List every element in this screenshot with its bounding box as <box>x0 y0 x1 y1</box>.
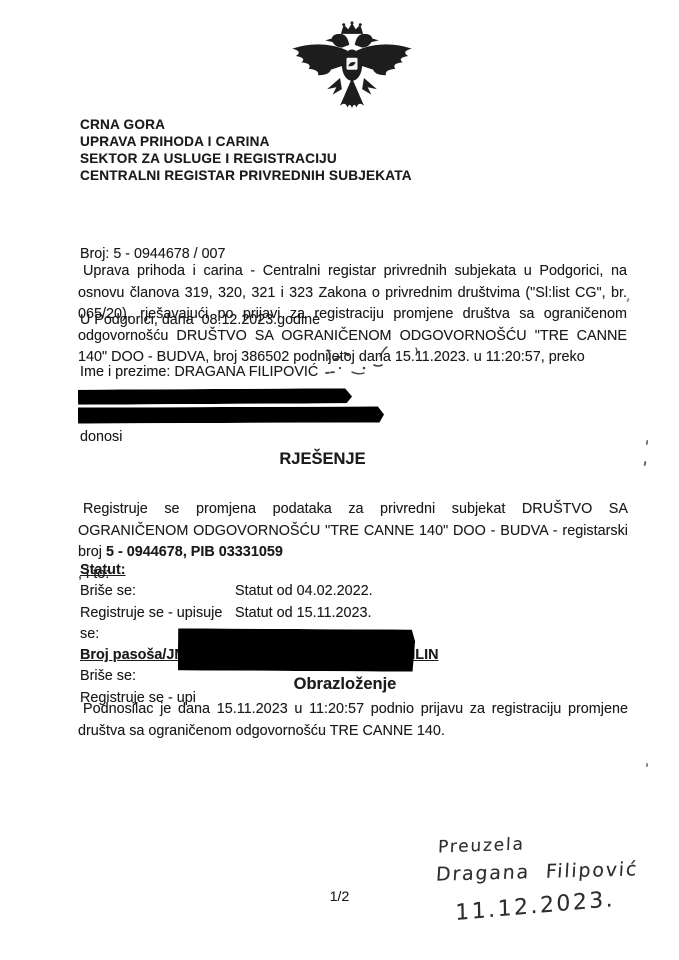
letterhead-line-registry: CENTRALNI REGISTAR PRIVREDNIH SUBJEKATA <box>80 167 412 184</box>
redaction-bar <box>78 388 352 404</box>
letterhead: CRNA GORA UPRAVA PRIHODA I CARINA SEKTOR… <box>80 116 412 184</box>
registration-number-bold: 5 - 0944678, PIB 03331059 <box>106 544 283 560</box>
delete-value: Statut od 04.02.2022. <box>235 581 373 602</box>
obrazlozenje-paragraph: Podnosilac je dana 15.11.2023 u 11:20:57… <box>78 699 628 742</box>
letterhead-line-sector: SEKTOR ZA USLUGE I REGISTRACIJU <box>80 150 412 167</box>
redaction-block <box>178 628 415 671</box>
letterhead-line-authority: UPRAVA PRIHODA I CARINA <box>80 133 412 150</box>
scan-speck <box>646 440 649 445</box>
submitter-name-line: Ime i prezime: DRAGANA FILIPOVIĆ <box>80 364 318 380</box>
statut-heading: Statut: <box>80 560 550 581</box>
scan-speck <box>644 461 647 466</box>
coat-of-arms-icon <box>283 20 421 114</box>
delete-label: Briše se: <box>80 581 235 602</box>
obrazlozenje-heading: Obrazloženje <box>0 675 679 694</box>
donosi-text: donosi <box>80 429 122 445</box>
pen-scribble-marks-icon <box>320 338 442 384</box>
statut-delete-row: Briše se: Statut od 04.02.2022. <box>80 581 550 602</box>
handwritten-name: Dragana Filipović <box>435 858 638 885</box>
page-number: 1/2 <box>0 888 679 904</box>
scan-speck <box>646 763 648 767</box>
rjesenje-heading: RJEŠENJE <box>0 450 645 469</box>
letterhead-line-country: CRNA GORA <box>80 116 412 133</box>
redaction-bar <box>78 406 384 423</box>
handwritten-preuzela: Preuzela <box>438 834 525 857</box>
scanned-document-page: CRNA GORA UPRAVA PRIHODA I CARINA SEKTOR… <box>0 0 679 960</box>
scan-speck <box>626 298 629 302</box>
